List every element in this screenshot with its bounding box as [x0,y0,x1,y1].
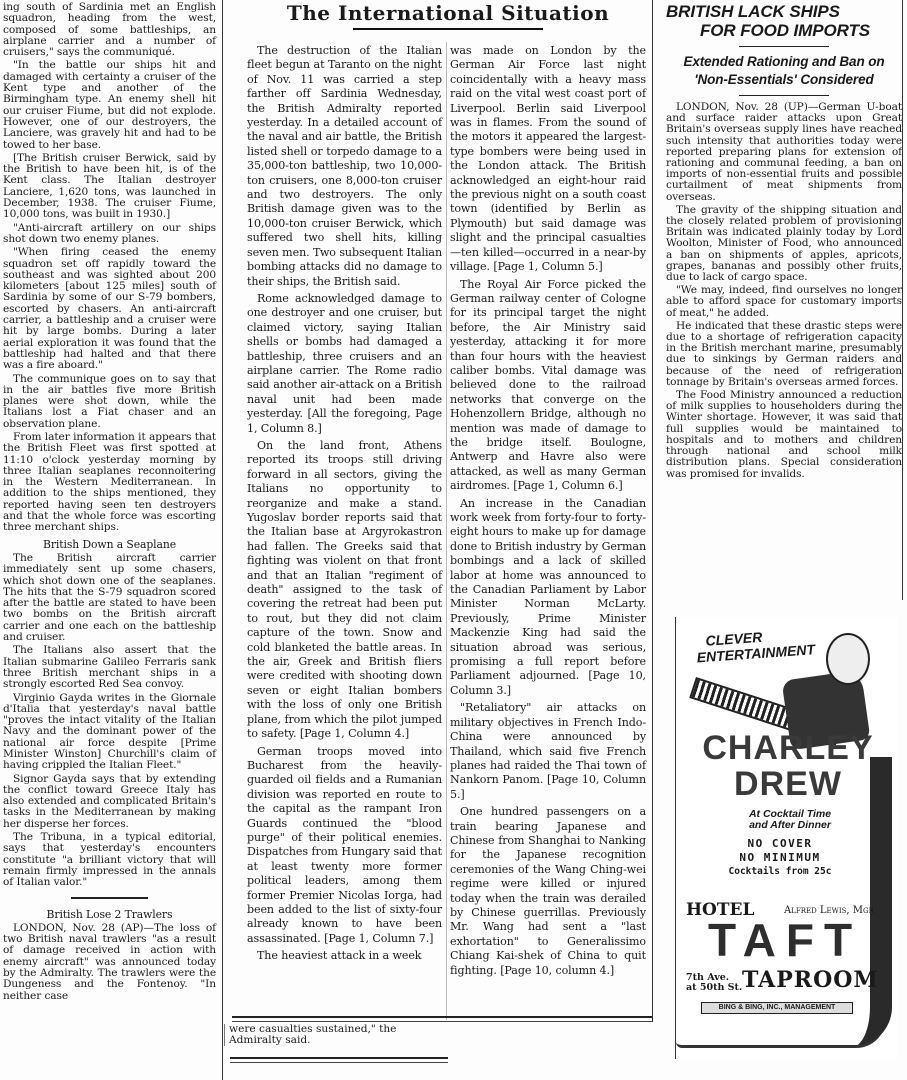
paragraph: ing south of Sardinia met an English squ… [3,2,216,58]
advertisement-hotel-taft: CLEVER ENTERTAINMENT CHARLEY DREW At Coc… [675,617,898,1059]
paragraph: The gravity of the shipping situation an… [666,205,902,283]
offer: NO COVER NO MINIMUM Cocktails from 25c [700,837,860,879]
paragraph: was made on London by the German Air For… [450,44,646,275]
paragraph: "Anti-aircraft artillery on our ships sh… [3,223,216,246]
paragraph: LONDON, Nov. 28 (UP)—German U-boat and s… [666,102,902,203]
article-column-british-food: BRITISH LACK SHIPS FOR FOOD IMPORTS Exte… [666,2,902,480]
address: 7th Ave. at 50th St. [686,973,742,993]
venue-name: TAPROOM [742,967,879,993]
section-masthead: The International Situation [246,0,650,30]
paragraph: The destruction of the Italian fleet beg… [247,44,442,289]
paragraph: From later information it appears that t… [3,432,216,534]
paragraph: The heaviest attack in a week [247,949,442,963]
headline-line1: BRITISH LACK SHIPS [666,2,902,21]
article-column-summary-left: The destruction of the Italian fleet beg… [247,44,442,964]
paragraph: were casualties sustained," the Admiralt… [229,1024,451,1046]
offer-line3: Cocktails from 25c [700,865,860,879]
paragraph: The Tribuna, in a typical editorial, say… [3,832,216,888]
continuation-bottom-rule [230,1057,448,1063]
subheading-british-lose-trawlers: British Lose 2 Trawlers [3,909,216,920]
paragraph: "Retaliatory" air attacks on military ob… [450,701,646,802]
article-column-italian-communique: ing south of Sardinia met an English squ… [3,2,216,1002]
management-credit: BING & BING, INC., MANAGEMENT [701,1002,853,1014]
column-rule [446,42,447,1020]
paragraph: Virginio Gayda writes in the Giornale d'… [3,693,216,772]
headline-divider [739,46,829,47]
paragraph: "In the battle our ships hit and damaged… [3,60,216,150]
paragraph: On the land front, Athens reported its t… [247,439,442,742]
deck-line2: 'Non-Essentials' Considered [666,71,902,89]
paragraph: Signor Gayda says that by extending the … [3,774,216,830]
paragraph: The communique goes on to say that in th… [3,374,216,430]
offer-line1: NO COVER [700,837,860,851]
paragraph: German troops moved into Bucharest from … [247,745,442,947]
ad-tagline: CLEVER ENTERTAINMENT [705,625,815,664]
column-rule [652,0,653,1022]
paragraph: LONDON, Nov. 28 (AP)—The loss of two Bri… [3,923,216,1002]
subheading-british-down-seaplane: British Down a Seaplane [3,539,216,550]
paragraph: The British aircraft carrier immediately… [3,553,216,643]
address-line2: at 50th St. [686,983,742,993]
article-column-summary-right: was made on London by the German Air For… [450,44,646,978]
performer-first-name: CHARLEY [690,730,886,766]
paragraph: One hundred passengers on a train bearin… [450,805,646,978]
page-title: The International Situation [246,0,650,26]
decorative-band [676,991,886,1048]
performer-face-illustration [826,633,870,685]
title-underline [353,28,543,30]
column-rule [222,0,223,1080]
times-line2: and After Dinner [720,820,860,831]
deck-line1: Extended Rationing and Ban on [666,53,902,71]
offer-line2: NO MINIMUM [700,851,860,865]
paragraph: "We may, indeed, find ourselves no longe… [666,285,902,319]
paragraph: An increase in the Canadian work week fr… [450,497,646,699]
hotel-name: TAFT [690,917,880,963]
paragraph: The Italians also assert that the Italia… [3,645,216,690]
performer-name: CHARLEY DREW [690,730,886,802]
section-divider [71,897,148,899]
article-continuation: were casualties sustained," the Admiralt… [224,1024,451,1046]
paragraph: [The British cruiser Berwick, said by th… [3,153,216,221]
paragraph: He indicated that these drastic steps we… [666,321,902,388]
deck-divider [739,95,829,96]
paragraph: Rome acknowledged damage to one destroye… [247,292,442,436]
paragraph: "When firing ceased the enemy squadron s… [3,247,216,371]
headline-line2: FOR FOOD IMPORTS [666,21,902,40]
section-bottom-rule [232,1016,652,1022]
paragraph: The Royal Air Force picked the German ra… [450,278,646,494]
show-times: At Cocktail Time and After Dinner [720,809,860,831]
performer-last-name: DREW [690,766,886,802]
paragraph: The Food Ministry announced a reduction … [666,390,902,480]
column-rule [902,0,903,600]
